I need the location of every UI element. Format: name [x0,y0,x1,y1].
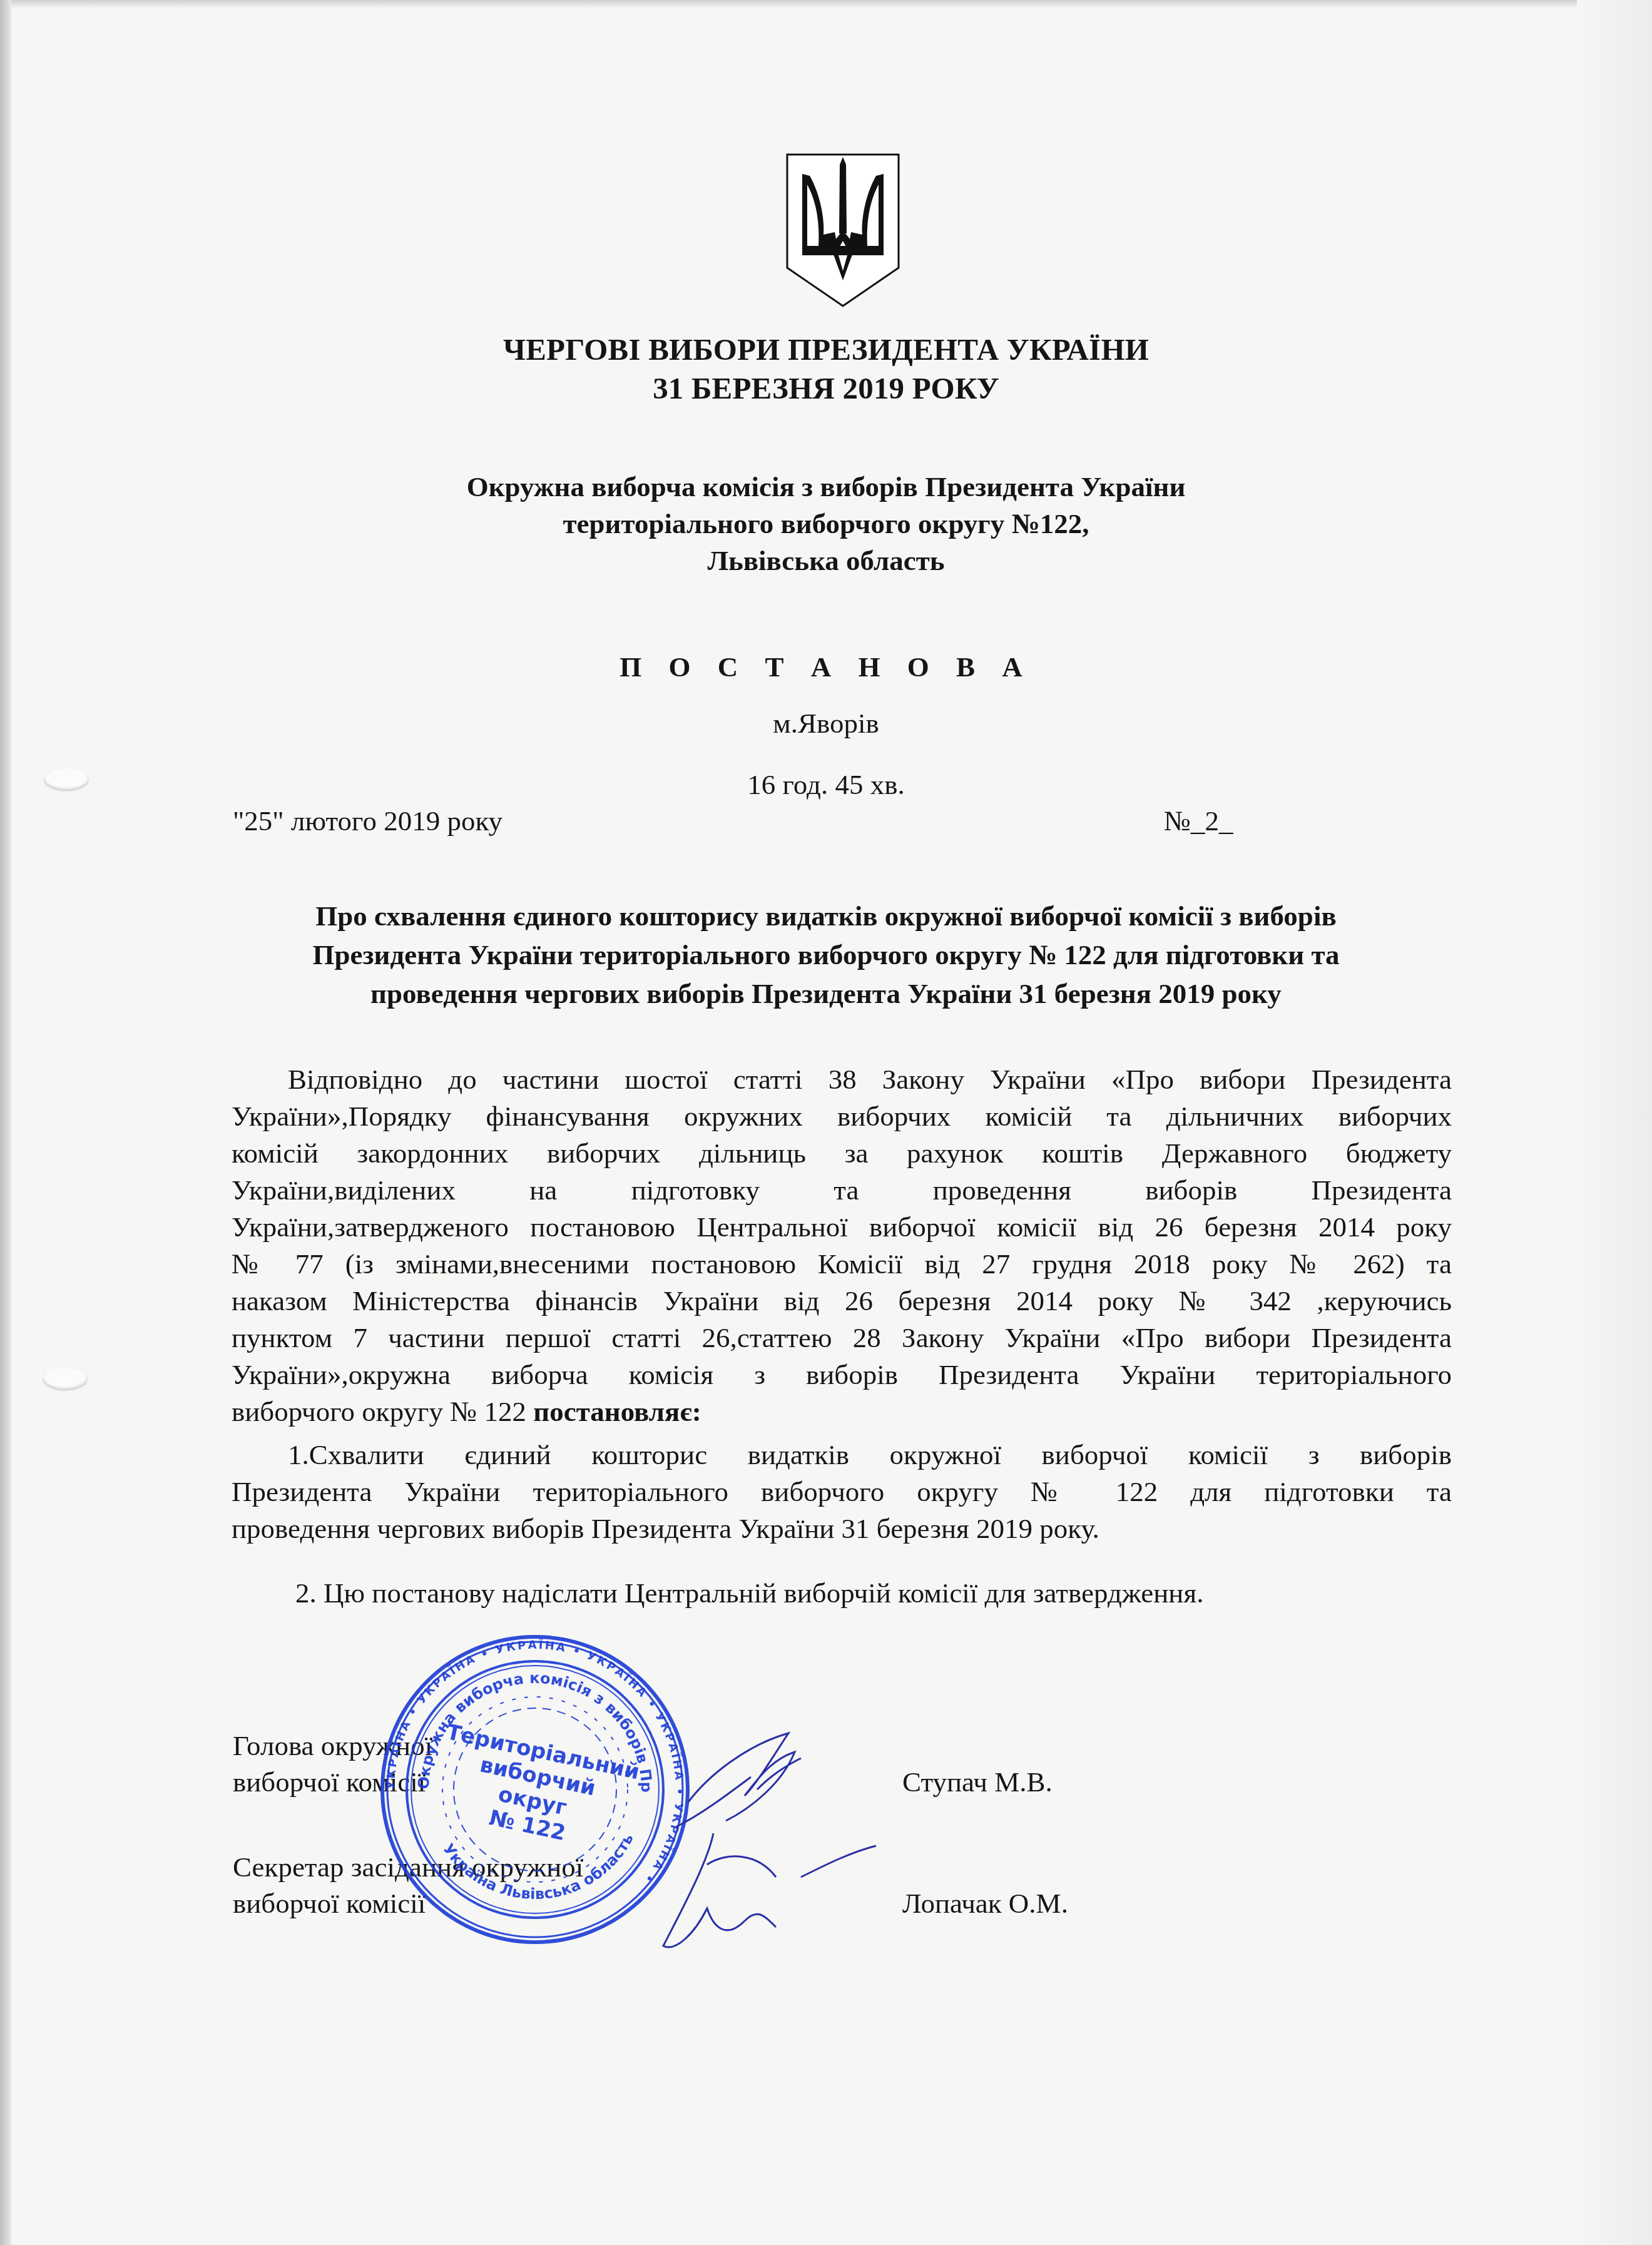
preamble-line: України,виділених на підготовку та прове… [232,1172,1452,1209]
preamble-line-text: виборчого округу № 122 [232,1396,533,1427]
preamble-line: комісій закордонних виборчих дільниць за… [232,1135,1452,1172]
document-type: П О С Т А Н О В А [0,651,1652,683]
item-2-paragraph: 2. Цю постанову надіслати Центральній ви… [295,1577,1203,1609]
resolution-title-line1: Про схвалення єдиного кошторису видатків… [0,900,1652,932]
resolution-title-line2: Президента України територіального вибор… [0,939,1652,971]
election-title: ЧЕРГОВІ ВИБОРИ ПРЕЗИДЕНТА УКРАЇНИ [0,332,1652,367]
scan-top-edge [0,0,1652,9]
punch-hole-bottom [43,1368,88,1390]
resolves-keyword: постановляє: [533,1396,701,1427]
preamble-paragraph: Відповідно до частини шостої статті 38 З… [232,1061,1452,1430]
document-number: №_2_ [1164,805,1233,837]
coat-of-arms-icon [783,152,902,308]
resolution-title-line3: проведення чергових виборів Президента У… [0,977,1652,1010]
item-1-paragraph: 1.Схвалити єдиний кошторис видатків окру… [232,1437,1452,1547]
preamble-line: № 77 (із змінами,внесеними постановою Ко… [232,1246,1452,1283]
item-1-line: Президента України територіального вибор… [232,1474,1452,1510]
secretary-name: Лопачак О.М. [902,1887,1068,1920]
commission-name-line1: Окружна виборча комісія з виборів Презид… [0,471,1652,503]
item-1-line: проведення чергових виборів Президента У… [232,1510,1452,1547]
preamble-line: України,затвердженого постановою Централ… [232,1209,1452,1246]
secretary-signature [638,1827,901,1971]
preamble-line: наказом Міністерства фінансів України ві… [232,1283,1452,1320]
preamble-line: України»,Порядку фінансування окружних в… [232,1098,1452,1135]
commission-name-line2: територіального виборчого округу №122, [0,507,1652,540]
preamble-last-line: виборчого округу № 122 постановляє: [232,1393,1452,1430]
preamble-line: пунктом 7 частини першої статті 26,статт… [232,1320,1452,1357]
preamble-line: України»,окружна виборча комісія з вибор… [232,1357,1452,1393]
chair-name: Ступач М.В. [902,1766,1053,1798]
item-1-line: 1.Схвалити єдиний кошторис видатків окру… [232,1437,1452,1474]
city: м.Яворів [0,707,1652,740]
document-date: "25" лютого 2019 року [233,805,502,837]
svg-text:Україна Львівська область: Україна Львівська область [439,1831,637,1903]
time: 16 год. 45 хв. [0,768,1652,801]
preamble-line: Відповідно до частини шостої статті 38 З… [232,1061,1452,1098]
election-date-title: 31 БЕРЕЗНЯ 2019 РОКУ [0,370,1652,406]
commission-region: Львівська область [0,544,1652,577]
stamp-bottom-text: Україна Львівська область [439,1831,637,1903]
